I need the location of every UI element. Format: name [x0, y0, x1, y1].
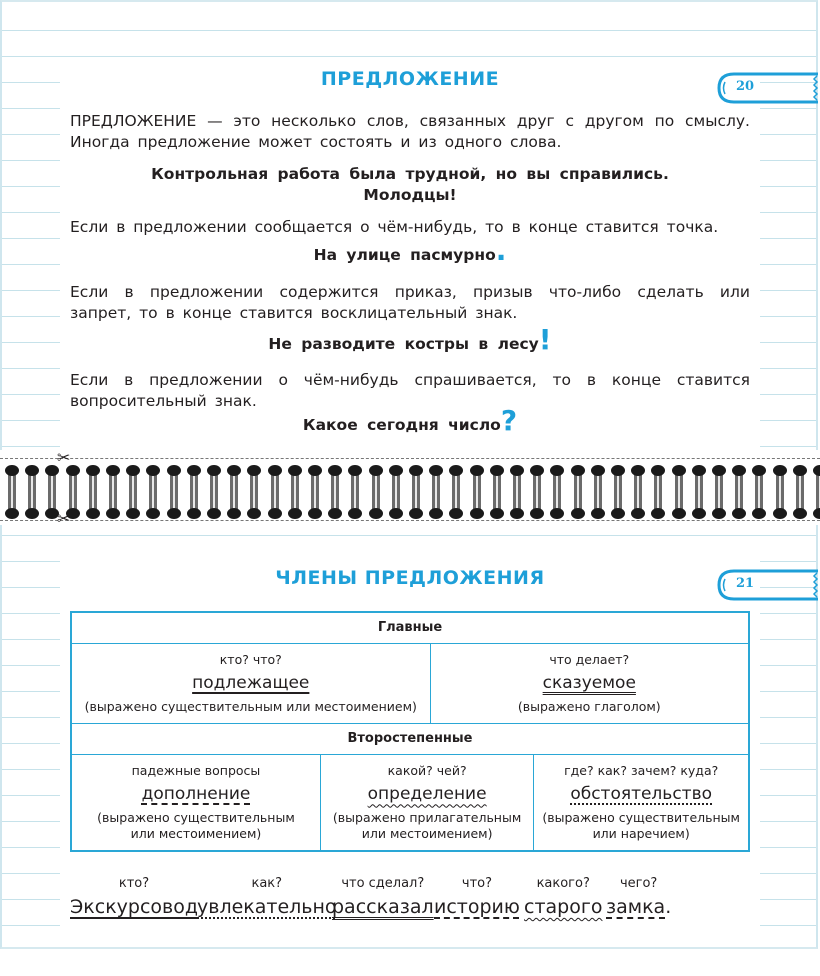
rule-command-paragraph: Если в предложении содержится приказ, пр…: [70, 282, 750, 324]
example-question-text: Какое сегодня число: [303, 416, 501, 434]
spiral-ring-icon: [490, 465, 504, 519]
spiral-ring-icon: [207, 465, 221, 519]
example-command: Не разводите костры в лесу!: [0, 334, 820, 355]
example-sentence-1-line-2: Молодцы!: [0, 185, 820, 206]
spiral-ring-icon: [25, 465, 39, 519]
notebook-rule-line: [2, 108, 60, 109]
spiral-ring-icon: [227, 465, 241, 519]
notebook-rule-line: [760, 769, 816, 770]
notebook-rule-line: [760, 795, 816, 796]
spiral-ring-icon: [611, 465, 625, 519]
predicate-question: что делает?: [433, 651, 746, 669]
notebook-rule-line: [2, 639, 60, 640]
spiral-ring-icon: [813, 465, 820, 519]
notebook-rule-line: [2, 134, 60, 135]
notebook-rule-line: [2, 665, 60, 666]
example-question: Какое сегодня число?: [0, 415, 820, 436]
predicate-cell: что делает? сказуемое (выражено глаголом…: [430, 643, 749, 723]
object-question: падежные вопросы: [74, 762, 318, 780]
page-title-sentence-members: ЧЛЕНЫ ПРЕДЛОЖЕНИЯ: [0, 567, 820, 589]
notebook-rule-line: [760, 134, 816, 135]
notebook-rule-line: [2, 847, 60, 848]
spiral-ring-icon: [5, 465, 19, 519]
page-tab-shape-icon: [716, 72, 820, 104]
notebook-rule-line: [2, 316, 60, 317]
spiral-ring-icon: [308, 465, 322, 519]
notebook-rule-line: [2, 899, 60, 900]
notebook-rule-line: [760, 873, 816, 874]
spiral-ring-icon: [550, 465, 564, 519]
notebook-rule-line: [2, 394, 60, 395]
notebook-rule-line: [760, 160, 816, 161]
adverbial-question: где? как? зачем? куда?: [536, 762, 746, 780]
spiral-binding-divider: ✂ ✂: [0, 450, 820, 525]
spiral-ring-icon: [530, 465, 544, 519]
example-command-text: Не разводите костры в лесу: [268, 335, 538, 353]
notebook-rule-line: [2, 743, 60, 744]
notebook-rule-line: [2, 769, 60, 770]
notebook-rule-line: [2, 160, 60, 161]
notebook-rule-line: [2, 535, 816, 536]
notebook-rule-line: [2, 290, 60, 291]
word-text: замка: [606, 896, 665, 918]
notebook-rule-line: [2, 212, 60, 213]
notebook-rule-line: [2, 56, 816, 57]
adverbial-term: обстоятельство: [570, 782, 712, 806]
subject-note: (выражено существительным или местоимени…: [74, 699, 428, 715]
spiral-ring-icon: [45, 465, 59, 519]
word-question: чего?: [606, 875, 671, 893]
notebook-rule-line: [760, 613, 816, 614]
cut-line-top: [0, 458, 820, 459]
spiral-ring-icon: [167, 465, 181, 519]
notebook-rule-line: [760, 368, 816, 369]
main-members-header: Главные: [71, 612, 749, 643]
spiral-ring-icon: [571, 465, 585, 519]
spiral-ring-icon: [651, 465, 665, 519]
secondary-members-header: Второстепенные: [71, 723, 749, 754]
page-number-tab-20: 20: [716, 72, 820, 104]
notebook-rule-line: [2, 238, 60, 239]
notebook-rule-line: [760, 847, 816, 848]
sentence-end-mark: .: [665, 896, 671, 918]
spiral-ring-icon: [288, 465, 302, 519]
notebook-rule-line: [760, 446, 816, 447]
spiral-ring-icon: [328, 465, 342, 519]
notebook-rule-line: [760, 691, 816, 692]
subject-cell: кто? что? подлежащее (выражено существит…: [71, 643, 430, 723]
definition-paragraph: ПРЕДЛОЖЕНИЕ — это несколько слов, связан…: [70, 111, 750, 153]
object-cell: падежные вопросы дополнение (выражено су…: [71, 754, 320, 851]
sentence-word: кто? Экскурсовод: [70, 875, 198, 921]
notebook-rule-line: [2, 821, 60, 822]
predicate-term: сказуемое: [543, 671, 636, 695]
notebook-rule-line: [2, 30, 816, 31]
page-number: 20: [736, 79, 754, 94]
sentence-word: что сделал? рассказал: [332, 875, 434, 921]
notebook-rule-line: [760, 394, 816, 395]
spiral-ring-icon: [429, 465, 443, 519]
spiral-ring-icon: [389, 465, 403, 519]
sentence-word: какого? старого: [524, 875, 602, 921]
spiral-ring-icon: [369, 465, 383, 519]
notebook-rule-line: [2, 446, 60, 447]
spiral-ring-icon: [187, 465, 201, 519]
object-note-1: (выражено существительным: [74, 810, 318, 826]
spiral-ring-icon: [66, 465, 80, 519]
example-sentence-1-line-1: Контрольная работа была трудной, но вы с…: [0, 164, 820, 185]
notebook-rule-line: [2, 561, 60, 562]
spiral-ring-icon: [732, 465, 746, 519]
word-question: кто?: [70, 875, 198, 893]
adverbial-note-2: или наречием): [536, 826, 746, 842]
spiral-ring-icon: [672, 465, 686, 519]
notebook-rule-line: [760, 316, 816, 317]
adverbial-note-1: (выражено существительным: [536, 810, 746, 826]
spiral-ring-icon: [268, 465, 282, 519]
attribute-note-2: или местоимением): [323, 826, 531, 842]
attribute-term: определение: [368, 782, 487, 806]
rule-statement-paragraph: Если в предложении сообщается о чём-нибу…: [70, 217, 750, 238]
word-text: Экскурсовод: [70, 893, 198, 921]
sentence-word: чего? замка.: [606, 875, 671, 921]
word-text: историю: [434, 893, 520, 921]
exclamation-mark: !: [539, 323, 552, 356]
page-number-tab-21: 21: [716, 569, 820, 601]
attribute-question: какой? чей?: [323, 762, 531, 780]
notebook-rule-line: [760, 639, 816, 640]
scissors-icon: ✂: [57, 450, 70, 466]
notebook-rule-line: [760, 925, 816, 926]
word-text: старого: [524, 893, 602, 921]
spiral-ring-icon: [712, 465, 726, 519]
notebook-rule-line: [2, 795, 60, 796]
question-mark: ?: [501, 404, 517, 437]
subject-question: кто? что?: [74, 651, 428, 669]
predicate-note: (выражено глаголом): [433, 699, 746, 715]
spiral-ring-icon: [752, 465, 766, 519]
word-text: увлекательно: [197, 893, 337, 921]
notebook-rule-line: [760, 665, 816, 666]
notebook-rule-line: [2, 613, 60, 614]
page-title-sentence: ПРЕДЛОЖЕНИЕ: [0, 68, 820, 90]
notebook-rule-line: [2, 368, 60, 369]
spiral-ring-icon: [146, 465, 160, 519]
spiral-ring-icon: [348, 465, 362, 519]
spiral-ring-icon: [793, 465, 807, 519]
notebook-rule-line: [2, 873, 60, 874]
word-question: какого?: [524, 875, 602, 893]
sentence-word: что? историю: [434, 875, 520, 921]
spiral-ring-icon: [409, 465, 423, 519]
spiral-ring-icon: [247, 465, 261, 519]
notebook-rule-line: [760, 899, 816, 900]
spiral-ring-icon: [126, 465, 140, 519]
word-question: как?: [197, 875, 337, 893]
word-text: рассказал: [332, 893, 434, 921]
spiral-ring-icon: [591, 465, 605, 519]
spiral-ring-icon: [631, 465, 645, 519]
word-text-with-end: замка.: [606, 893, 671, 921]
notebook-rule-line: [2, 691, 60, 692]
sentence-word: как? увлекательно: [197, 875, 337, 921]
notebook-rule-line: [2, 925, 60, 926]
notebook-rule-line: [2, 717, 60, 718]
attribute-note-1: (выражено прилагательным: [323, 810, 531, 826]
sentence-members-table: Главные кто? что? подлежащее (выражено с…: [70, 611, 750, 852]
spiral-ring-icon: [773, 465, 787, 519]
notebook-rule-line: [760, 717, 816, 718]
page-number: 21: [736, 576, 754, 591]
notebook-rule-line: [760, 290, 816, 291]
adverbial-cell: где? как? зачем? куда? обстоятельство (в…: [534, 754, 749, 851]
cut-line-bottom: [0, 520, 820, 521]
attribute-cell: какой? чей? определение (выражено прилаг…: [320, 754, 533, 851]
notebook-rule-line: [760, 212, 816, 213]
notebook-rule-line: [760, 238, 816, 239]
spiral-ring-icon: [510, 465, 524, 519]
object-term: дополнение: [142, 782, 251, 806]
notebook-rule-line: [760, 108, 816, 109]
period-mark: .: [496, 234, 507, 267]
spiral-ring-icon: [692, 465, 706, 519]
example-statement: На улице пасмурно.: [0, 245, 820, 266]
notebook-rule-line: [760, 561, 816, 562]
notebook-rule-line: [760, 743, 816, 744]
spiral-ring-icon: [449, 465, 463, 519]
word-question: что сделал?: [332, 875, 434, 893]
spiral-ring-icon: [86, 465, 100, 519]
spiral-ring-icon: [470, 465, 484, 519]
spiral-ring-icon: [106, 465, 120, 519]
subject-term: подлежащее: [192, 671, 309, 695]
word-question: что?: [434, 875, 520, 893]
object-note-2: или местоимением): [74, 826, 318, 842]
rule-question-paragraph: Если в предложении о чём-нибудь спрашива…: [70, 370, 750, 412]
page-tab-shape-icon: [716, 569, 820, 601]
notebook-rule-line: [760, 821, 816, 822]
example-statement-text: На улице пасмурно: [314, 246, 496, 264]
